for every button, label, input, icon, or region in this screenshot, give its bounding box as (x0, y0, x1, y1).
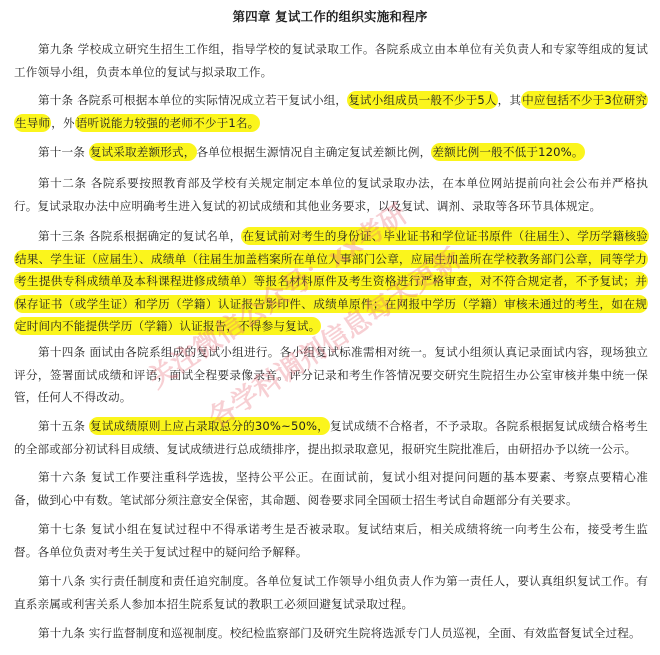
article-13: 第十三条 各院系根据确定的复试名单，在复试前对考生的身份证、毕业证书和学位证书原… (14, 225, 648, 338)
article-text: ，其 (498, 93, 522, 107)
article-12: 第十二条 各院系要按照教育部及学校有关规定制定本单位的复试录取办法，在本单位网站… (14, 172, 648, 217)
article-11: 第十一条 复试采取差额形式，各单位根据生源情况自主确定复试差额比例，差额比例一般… (14, 141, 648, 164)
article-text: 第十一条 (38, 145, 89, 159)
article-text: 第十三条 各院系根据确定的复试名单， (38, 229, 241, 243)
article-10: 第十条 各院系可根据本单位的实际情况成立若干复试小组，复试小组成员一般不少于5人… (14, 89, 648, 134)
article-text: 第十八条 实行责任制度和责任追究制度。各单位复试工作领导小组负责人作为第一责任人… (14, 574, 648, 611)
article-text: 第十七条 复试小组在复试过程中不得承诺考生是否被录取。复试结束后，相关成绩将统一… (14, 522, 648, 559)
document-page: 第四章 复试工作的组织实施和程序 第九条 学校成立研究生招生工作组，指导学校的复… (0, 0, 660, 655)
highlighted-text: 复试小组成员一般不少于5人 (347, 91, 497, 109)
article-18: 第十八条 实行责任制度和责任追究制度。各单位复试工作领导小组负责人作为第一责任人… (14, 570, 648, 615)
article-text: ，外 (51, 116, 75, 130)
article-17: 第十七条 复试小组在复试过程中不得承诺考生是否被录取。复试结束后，相关成绩将统一… (14, 518, 648, 563)
article-text: 第十条 各院系可根据本单位的实际情况成立若干复试小组， (38, 93, 347, 107)
article-14: 第十四条 面试由各院系组成的复试小组进行。各小组复试标准需相对统一。复试小组须认… (14, 341, 648, 409)
article-16: 第十六条 复试工作要注重科学选拔，坚持公平公正。在面试前，复试小组对提问问题的基… (14, 466, 648, 511)
highlighted-text: 在复试前对考生的身份证、毕业证书和学位证书原件（往届生）、学历学籍核验结果、学生… (14, 227, 649, 335)
article-15: 第十五条 复试成绩原则上应占录取总分的30%~50%，复试成绩不合格者，不予录取… (14, 415, 648, 460)
chapter-title: 第四章 复试工作的组织实施和程序 (0, 7, 660, 25)
article-text: 各单位根据生源情况自主确定复试差额比例， (197, 145, 432, 159)
article-text: 第九条 学校成立研究生招生工作组，指导学校的复试录取工作。各院系成立由本单位有关… (14, 42, 648, 79)
highlighted-text: 语听说能力较强的老师不少于1名。 (75, 114, 261, 132)
article-9: 第九条 学校成立研究生招生工作组，指导学校的复试录取工作。各院系成立由本单位有关… (14, 38, 648, 83)
highlighted-text: 复试成绩原则上应占录取总分的30%~50%， (89, 417, 330, 435)
article-text: 第十二条 各院系要按照教育部及学校有关规定制定本单位的复试录取办法，在本单位网站… (14, 176, 648, 213)
highlighted-text: 复试采取差额形式， (89, 143, 197, 161)
article-text: 第十六条 复试工作要注重科学选拔，坚持公平公正。在面试前，复试小组对提问问题的基… (14, 470, 648, 507)
article-text: 第十九条 实行监督制度和巡视制度。校纪检监察部门及研究生院将选派专门人员巡视，全… (38, 626, 641, 640)
highlighted-text: 差额比例一般不低于120%。 (431, 143, 584, 161)
article-text: 第十四条 面试由各院系组成的复试小组进行。各小组复试标准需相对统一。复试小组须认… (14, 345, 648, 404)
article-text: 第十五条 (38, 419, 89, 433)
article-19: 第十九条 实行监督制度和巡视制度。校纪检监察部门及研究生院将选派专门人员巡视，全… (14, 622, 648, 645)
